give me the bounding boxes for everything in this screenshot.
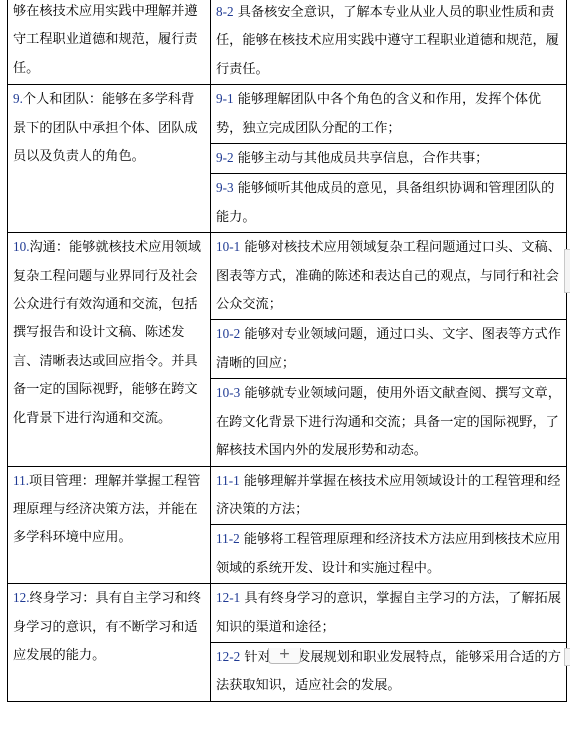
indicator-id: 10-3 bbox=[216, 385, 240, 400]
indicator-id: 8-2 bbox=[216, 4, 234, 19]
requirement-number: 12. bbox=[13, 590, 29, 605]
add-row-button[interactable]: + bbox=[268, 648, 301, 664]
indicator-cell[interactable]: 11-2 能够将工程管理原理和经济技术方法应用到核技术应用领域的系统开发、设计和… bbox=[211, 525, 567, 584]
requirement-text: 够在核技术应用实践中理解并遵守工程职业道德和规范，履行责任。 bbox=[13, 4, 198, 76]
requirement-text: 终身学习：具有自主学习和终身学习的意识，有不断学习和适应发展的能力。 bbox=[13, 591, 201, 663]
requirement-cell[interactable]: 9.个人和团队：能够在多学科背景下的团队中承担个体、团队成员以及负责人的角色。 bbox=[8, 85, 211, 233]
requirement-text: 沟通：能够就核技术应用领域复杂工程问题与业界同行及社会公众进行有效沟通和交流，包… bbox=[13, 240, 201, 425]
requirement-cell[interactable]: 够在核技术应用实践中理解并遵守工程职业道德和规范，履行责任。 bbox=[8, 0, 211, 85]
indicator-text: 具有终身学习的意识，掌握自主学习的方法，了解拓展知识的渠道和途径； bbox=[216, 591, 561, 634]
graduation-requirements-table: 够在核技术应用实践中理解并遵守工程职业道德和规范，履行责任。 8-2 具备核安全… bbox=[7, 0, 567, 702]
indicator-cell[interactable]: 11-1 能够理解并掌握在核技术应用领域设计的工程管理和经济决策的方法； bbox=[211, 466, 567, 525]
indicator-cell[interactable]: 10-2 能够对专业领域问题，通过口头、文字、图表等方式作清晰的回应； bbox=[211, 320, 567, 379]
indicator-id: 11-1 bbox=[216, 473, 240, 488]
requirement-text: 个人和团队：能够在多学科背景下的团队中承担个体、团队成员以及负责人的角色。 bbox=[13, 92, 198, 164]
indicator-id: 11-2 bbox=[216, 531, 240, 546]
indicator-text: 能够将工程管理原理和经济技术方法应用到核技术应用领域的系统开发、设计和实施过程中… bbox=[216, 532, 560, 575]
indicator-id: 10-1 bbox=[216, 239, 240, 254]
requirement-cell[interactable]: 12.终身学习：具有自主学习和终身学习的意识，有不断学习和适应发展的能力。 bbox=[8, 584, 211, 702]
indicator-id: 9-3 bbox=[216, 180, 234, 195]
requirement-number: 11. bbox=[13, 473, 29, 488]
table-row: 够在核技术应用实践中理解并遵守工程职业道德和规范，履行责任。 8-2 具备核安全… bbox=[8, 0, 567, 85]
table-row: 10.沟通：能够就核技术应用领域复杂工程问题与业界同行及社会公众进行有效沟通和交… bbox=[8, 233, 567, 320]
indicator-cell[interactable]: 10-1 能够对核技术应用领域复杂工程问题通过口头、文稿、图表等方式，准确的陈述… bbox=[211, 233, 567, 320]
indicator-cell[interactable]: 8-2 具备核安全意识，了解本专业从业人员的职业性质和责任，能够在核技术应用实践… bbox=[211, 0, 567, 85]
indicator-id: 12-2 bbox=[216, 649, 240, 664]
indicator-cell[interactable]: 12-2 针对个人发展规划和职业发展特点，能够采用合适的方法获取知识，适应社会的… bbox=[211, 642, 567, 701]
indicator-text: 能够倾听其他成员的意见，具备组织协调和管理团队的能力。 bbox=[216, 181, 554, 224]
indicator-cell[interactable]: 9-3 能够倾听其他成员的意见，具备组织协调和管理团队的能力。 bbox=[211, 174, 567, 233]
table-row: 11.项目管理：理解并掌握工程管理原理与经济决策方法，并能在多学科环境中应用。 … bbox=[8, 466, 567, 525]
indicator-text: 能够主动与其他成员共享信息，合作共事； bbox=[238, 151, 489, 166]
indicator-text: 能够就专业领域问题，使用外语文献查阅、撰写文章，在跨文化背景下进行沟通和交流；具… bbox=[216, 386, 561, 458]
requirement-text: 项目管理：理解并掌握工程管理原理与经济决策方法，并能在多学科环境中应用。 bbox=[13, 474, 200, 546]
requirement-number: 9. bbox=[13, 91, 23, 106]
table-row: 9.个人和团队：能够在多学科背景下的团队中承担个体、团队成员以及负责人的角色。 … bbox=[8, 85, 567, 144]
requirement-cell[interactable]: 11.项目管理：理解并掌握工程管理原理与经济决策方法，并能在多学科环境中应用。 bbox=[8, 466, 211, 584]
indicator-text: 能够理解团队中各个角色的含义和作用，发挥个体优势，独立完成团队分配的工作； bbox=[216, 92, 541, 135]
table-row: 12.终身学习：具有自主学习和终身学习的意识，有不断学习和适应发展的能力。 12… bbox=[8, 584, 567, 643]
indicator-cell[interactable]: 12-1 具有终身学习的意识，掌握自主学习的方法，了解拓展知识的渠道和途径； bbox=[211, 584, 567, 643]
indicator-cell[interactable]: 9-2 能够主动与其他成员共享信息，合作共事； bbox=[211, 144, 567, 174]
indicator-id: 10-2 bbox=[216, 326, 240, 341]
plus-icon: + bbox=[279, 646, 291, 662]
indicator-id: 9-1 bbox=[216, 91, 234, 106]
indicator-text: 具备核安全意识，了解本专业从业人员的职业性质和责任，能够在核技术应用实践中遵守工… bbox=[216, 5, 559, 77]
requirement-cell[interactable]: 10.沟通：能够就核技术应用领域复杂工程问题与业界同行及社会公众进行有效沟通和交… bbox=[8, 233, 211, 466]
table-resize-handle[interactable] bbox=[564, 648, 570, 666]
document-page: 够在核技术应用实践中理解并遵守工程职业道德和规范，履行责任。 8-2 具备核安全… bbox=[7, 0, 565, 702]
indicator-cell[interactable]: 10-3 能够就专业领域问题，使用外语文献查阅、撰写文章，在跨文化背景下进行沟通… bbox=[211, 379, 567, 466]
column-resize-handle[interactable] bbox=[564, 249, 570, 293]
indicator-text: 能够对专业领域问题，通过口头、文字、图表等方式作清晰的回应； bbox=[216, 327, 561, 370]
requirement-number: 10. bbox=[13, 239, 29, 254]
indicator-text: 能够理解并掌握在核技术应用领域设计的工程管理和经济决策的方法； bbox=[216, 474, 560, 517]
indicator-id: 9-2 bbox=[216, 150, 234, 165]
indicator-cell[interactable]: 9-1 能够理解团队中各个角色的含义和作用，发挥个体优势，独立完成团队分配的工作… bbox=[211, 85, 567, 144]
indicator-id: 12-1 bbox=[216, 590, 240, 605]
indicator-text: 能够对核技术应用领域复杂工程问题通过口头、文稿、图表等方式，准确的陈述和表达自己… bbox=[216, 240, 561, 312]
